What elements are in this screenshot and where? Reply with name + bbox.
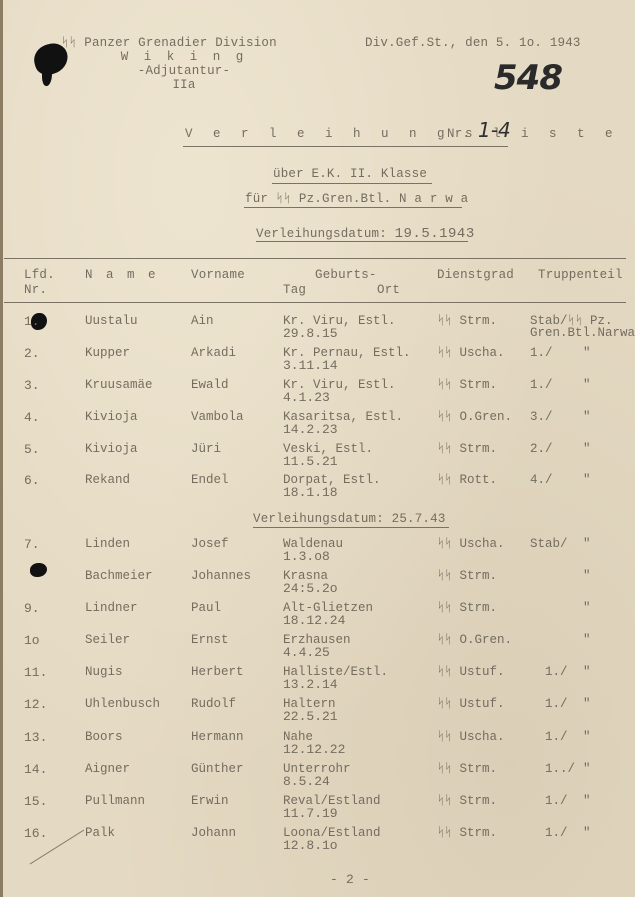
table-row: 11. Nugis Herbert Halliste/Estl. 13.2.14… (0, 666, 635, 698)
row-nr: 6. (24, 474, 40, 487)
row-ditto: " (583, 379, 591, 392)
document-title: V e r l e i h u n g s l i s t e (185, 127, 619, 141)
row-tag: 4.4.25 (283, 646, 330, 659)
subtitle-unit: für ᛋᛋ Pz.Gren.Btl. N a r w a (245, 192, 468, 206)
row-name: Linden (85, 538, 130, 551)
unit-line: -Adjutantur- (84, 64, 284, 78)
row-ditto: " (583, 827, 591, 840)
row-vorname: Vambola (191, 411, 244, 424)
handwritten-number: 548 (494, 58, 562, 98)
row-nr: 2. (24, 347, 40, 360)
row-rank: ᛋᛋ Strm. (437, 602, 497, 615)
row-vorname: Paul (191, 602, 221, 615)
row-vorname: Josef (191, 538, 229, 551)
row-name: Kivioja (85, 443, 138, 456)
row-rank: ᛋᛋ Strm. (437, 570, 497, 583)
row-ditto: " (583, 634, 591, 647)
table-row: 6. Rekand Endel Dorpat, Estl. 18.1.18 ᛋᛋ… (0, 474, 635, 506)
row-ditto: " (583, 474, 591, 487)
row-vorname: Ain (191, 315, 214, 328)
award-date-2: Verleihungsdatum: 25.7.43 (253, 512, 446, 526)
row-vorname: Rudolf (191, 698, 236, 711)
row-tag: 12.12.22 (283, 743, 345, 756)
subtitle-underline (272, 183, 432, 184)
award-date-value: 19.5.1943 (395, 226, 475, 242)
table-rule-header (4, 302, 626, 303)
row-name: Lindner (85, 602, 138, 615)
col-truppenteil: Truppenteil (538, 268, 623, 283)
row-name: Boors (85, 731, 123, 744)
row-vorname: Arkadi (191, 347, 236, 360)
row-tag: 3.11.14 (283, 359, 338, 372)
row-tag: 12.8.1o (283, 839, 338, 852)
row-nr: 13. (24, 731, 47, 744)
row-tag: 24:5.2o (283, 582, 338, 595)
unit-line: W i k i n g (84, 50, 284, 64)
table-row: 7. Linden Josef Waldenau 1.3.o8 ᛋᛋ Uscha… (0, 538, 635, 570)
row-nr: 7. (24, 538, 40, 551)
row-nr: 1. (24, 315, 40, 328)
row-tag: 18.1.18 (283, 486, 338, 499)
row-unit: 1../ (545, 763, 575, 776)
row-vorname: Jüri (191, 443, 221, 456)
col-header: Lfd. (24, 268, 55, 283)
date-underline (253, 527, 449, 528)
unit-line: ᛋᛋ Panzer Grenadier Division (54, 36, 284, 50)
row-nr: 4. (24, 411, 40, 424)
table-row: 14. Aigner Günther Unterrohr 8.5.24 ᛋᛋ S… (0, 763, 635, 795)
col-vorname: Vorname (191, 268, 245, 283)
row-rank: ᛋᛋ Strm. (437, 379, 497, 392)
row-tag: 11.5.21 (283, 455, 338, 468)
row-ditto: " (583, 443, 591, 456)
subtitle-award: über E.K. II. Klasse (273, 167, 427, 181)
row-tag: 1.3.o8 (283, 550, 330, 563)
title-nr-handwritten: 1-4 (478, 118, 511, 142)
row-ditto: " (583, 795, 591, 808)
award-date-1: Verleihungsdatum: 19.5.1943 (256, 226, 475, 242)
row-rank: ᛋᛋ Strm. (437, 443, 497, 456)
row-nr: 5. (24, 443, 40, 456)
row-tag: 22.5.21 (283, 710, 338, 723)
row-unit: 1./ (545, 731, 568, 744)
row-unit-2: Gren.Btl.Narwa (530, 327, 635, 340)
row-rank: ᛋᛋ O.Gren. (437, 634, 512, 647)
table-row: 9. Lindner Paul Alt-Glietzen 18.12.24 ᛋᛋ… (0, 602, 635, 634)
row-ditto: " (583, 570, 591, 583)
row-unit: 2./ (530, 443, 553, 456)
col-ort: Ort (377, 283, 400, 297)
row-ditto: " (583, 538, 591, 551)
row-vorname: Johannes (191, 570, 251, 583)
row-name: Kruusamäe (85, 379, 153, 392)
row-ditto: " (583, 731, 591, 744)
row-tag: 4.1.23 (283, 391, 330, 404)
row-nr: 14. (24, 763, 47, 776)
row-tag: 11.7.19 (283, 807, 338, 820)
row-ditto: " (583, 602, 591, 615)
row-tag: 18.12.24 (283, 614, 345, 627)
col-header: Nr. (24, 283, 55, 298)
row-name: Kivioja (85, 411, 138, 424)
row-nr: 9. (24, 602, 40, 615)
subtitle-underline (244, 207, 462, 208)
row-unit: 1./ (545, 827, 568, 840)
col-tag: Tag (283, 283, 306, 297)
row-name: Aigner (85, 763, 130, 776)
table-row: 5. Kivioja Jüri Veski, Estl. 11.5.21 ᛋᛋ … (0, 443, 635, 475)
table-row: 1o Seiler Ernst Erzhausen 4.4.25 ᛋᛋ O.Gr… (0, 634, 635, 666)
table-row: 16. Palk Johann Loona/Estland 12.8.1o ᛋᛋ… (0, 827, 635, 859)
row-unit: 1./ (530, 379, 553, 392)
row-nr: 11. (24, 666, 47, 679)
page-number: - 2 - (330, 872, 370, 887)
row-rank: ᛋᛋ Ustuf. (437, 666, 505, 679)
row-tag: 14.2.23 (283, 423, 338, 436)
table-row: 4. Kivioja Vambola Kasaritsa, Estl. 14.2… (0, 411, 635, 443)
row-name: Bachmeier (85, 570, 153, 583)
row-rank: ᛋᛋ Ustuf. (437, 698, 505, 711)
table-row: 1. Uustalu Ain Kr. Viru, Estl. 29.8.15 ᛋ… (0, 315, 635, 347)
row-nr: 15. (24, 795, 47, 808)
row-ditto: " (583, 698, 591, 711)
pencil-stroke (28, 826, 88, 866)
row-unit: 1./ (545, 666, 568, 679)
date-underline (256, 241, 468, 242)
row-name: Uustalu (85, 315, 138, 328)
row-rank: ᛋᛋ Strm. (437, 827, 497, 840)
row-vorname: Hermann (191, 731, 244, 744)
table-row: 13. Boors Hermann Nahe 12.12.22 ᛋᛋ Uscha… (0, 731, 635, 763)
row-tag: 29.8.15 (283, 327, 338, 340)
row-unit: 1./ (545, 698, 568, 711)
row-nr: 1o (24, 634, 40, 647)
col-name: N a m e (85, 268, 159, 283)
row-vorname: Johann (191, 827, 236, 840)
col-geburts: Geburts- (315, 268, 377, 283)
col-lfd-nr: Lfd. Nr. (24, 268, 55, 298)
row-unit: 1./ (530, 347, 553, 360)
row-unit: 1./ (545, 795, 568, 808)
row-ditto: " (583, 763, 591, 776)
row-name: Nugis (85, 666, 123, 679)
row-rank: ᛋᛋ Strm. (437, 763, 497, 776)
row-vorname: Herbert (191, 666, 244, 679)
table-row: 15. Pullmann Erwin Reval/Estland 11.7.19… (0, 795, 635, 827)
table-row: 2. Kupper Arkadi Kr. Pernau, Estl. 3.11.… (0, 347, 635, 379)
row-ditto: " (583, 347, 591, 360)
row-tag: 8.5.24 (283, 775, 330, 788)
row-unit: Stab/ (530, 538, 568, 551)
table-row: 12. Uhlenbusch Rudolf Haltern 22.5.21 ᛋᛋ… (0, 698, 635, 730)
row-rank: ᛋᛋ Uscha. (437, 538, 505, 551)
row-vorname: Ernst (191, 634, 229, 647)
row-ditto: " (583, 666, 591, 679)
row-vorname: Ewald (191, 379, 229, 392)
table-rule-top (4, 258, 626, 259)
unit-line: IIa (84, 78, 284, 92)
table-row: 8. Bachmeier Johannes Krasna 24:5.2o ᛋᛋ … (0, 570, 635, 602)
row-vorname: Erwin (191, 795, 229, 808)
row-rank: ᛋᛋ O.Gren. (437, 411, 512, 424)
row-vorname: Günther (191, 763, 244, 776)
title-underline (183, 146, 508, 147)
document-page: ᛋᛋ Panzer Grenadier Division W i k i n g… (0, 0, 635, 897)
row-rank: ᛋᛋ Strm. (437, 795, 497, 808)
row-rank: ᛋᛋ Uscha. (437, 731, 505, 744)
row-tag: 13.2.14 (283, 678, 338, 691)
row-nr: 12. (24, 698, 47, 711)
row-rank: ᛋᛋ Rott. (437, 474, 497, 487)
row-name: Seiler (85, 634, 130, 647)
punch-hole-mark (42, 64, 52, 86)
col-dienstgrad: Dienstgrad (437, 268, 514, 283)
table-row: 3. Kruusamäe Ewald Kr. Viru, Estl. 4.1.2… (0, 379, 635, 411)
row-unit: 4./ (530, 474, 553, 487)
row-rank: ᛋᛋ Strm. (437, 315, 497, 328)
row-name: Uhlenbusch (85, 698, 160, 711)
title-nr-label: Nr. (447, 127, 470, 141)
award-date-label: Verleihungsdatum: (256, 227, 387, 241)
row-name: Rekand (85, 474, 130, 487)
row-unit: 3./ (530, 411, 553, 424)
row-name: Kupper (85, 347, 130, 360)
issuing-unit: ᛋᛋ Panzer Grenadier Division W i k i n g… (84, 36, 284, 92)
row-rank: ᛋᛋ Uscha. (437, 347, 505, 360)
row-name: Pullmann (85, 795, 145, 808)
row-ditto: " (583, 411, 591, 424)
row-nr: 3. (24, 379, 40, 392)
place-date: Div.Gef.St., den 5. 1o. 1943 (365, 36, 581, 50)
row-name: Palk (85, 827, 115, 840)
row-vorname: Endel (191, 474, 229, 487)
